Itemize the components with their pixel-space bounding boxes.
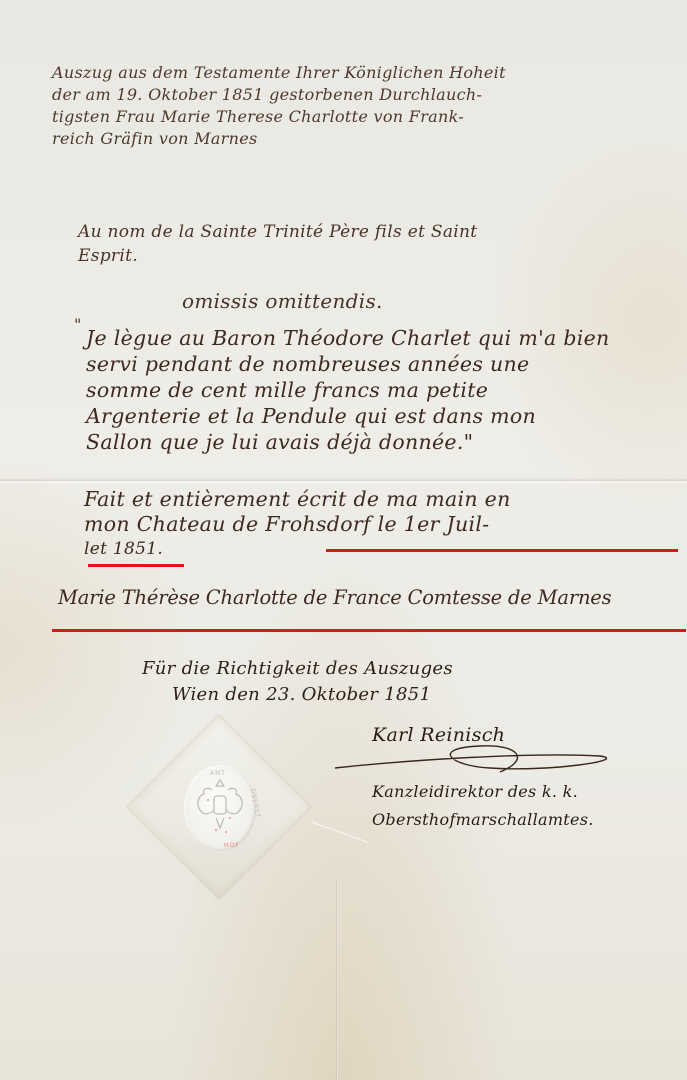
invocation-line: Au nom de la Sainte Trinité Père fils et… bbox=[78, 220, 477, 244]
opening-quote-mark: " bbox=[74, 312, 82, 338]
testator-signature: Marie Thérèse Charlotte de France Comtes… bbox=[58, 586, 611, 609]
bequest-line: servi pendant de nombreuses années une bbox=[86, 351, 610, 377]
vertical-fold-crease bbox=[336, 880, 338, 1080]
certification-line: Wien den 23. Oktober 1851 bbox=[142, 682, 453, 708]
seal-legend: HOF bbox=[224, 842, 240, 849]
seal-legend: AMT bbox=[210, 770, 226, 777]
bequest-text: Je lègue au Baron Théodore Charlet qui m… bbox=[86, 325, 610, 455]
invocation-line: Esprit. bbox=[78, 244, 477, 268]
bequest-line: Je lègue au Baron Théodore Charlet qui m… bbox=[86, 325, 610, 351]
embossed-seal: AMT OBERST HOF bbox=[132, 720, 307, 895]
seal-emboss bbox=[184, 765, 256, 851]
horizontal-fold-crease bbox=[0, 478, 687, 484]
german-heading-line: der am 19. Oktober 1851 gestorbenen Durc… bbox=[52, 84, 506, 106]
red-underline-place-date bbox=[326, 549, 678, 552]
bequest-line: Argenterie et la Pendule qui est dans mo… bbox=[86, 403, 610, 429]
certification-line: Für die Richtigkeit des Auszuges bbox=[142, 656, 453, 682]
german-heading-line: tigsten Frau Marie Therese Charlotte von… bbox=[52, 106, 506, 128]
certification-text: Für die Richtigkeit des Auszuges Wien de… bbox=[142, 656, 453, 708]
bequest-line: somme de cent mille francs ma petite bbox=[86, 377, 610, 403]
attestation-line: Fait et entièrement écrit de ma main en bbox=[84, 487, 511, 512]
attestation-line: mon Chateau de Frohsdorf le 1er Juil- bbox=[84, 512, 511, 537]
german-heading-line: reich Gräfin von Marnes bbox=[52, 128, 506, 150]
double-headed-eagle-icon bbox=[190, 772, 250, 844]
invocation: Au nom de la Sainte Trinité Père fils et… bbox=[78, 220, 477, 268]
official-title-line: Obersthofmarschallamtes. bbox=[372, 806, 594, 834]
official-title-line: Kanzleidirektor des k. k. bbox=[372, 778, 594, 806]
red-underline-year bbox=[88, 564, 184, 567]
omission-note: omissis omittendis. bbox=[182, 288, 383, 314]
german-heading: Auszug aus dem Testamente Ihrer Königlic… bbox=[52, 62, 506, 150]
bequest-line: Sallon que je lui avais déjà donnée." bbox=[86, 429, 610, 455]
official-title: Kanzleidirektor des k. k. Obersthofmarsc… bbox=[372, 778, 594, 834]
red-underline-signature bbox=[52, 629, 686, 632]
german-heading-line: Auszug aus dem Testamente Ihrer Königlic… bbox=[52, 62, 506, 84]
signature-flourish bbox=[330, 738, 620, 778]
